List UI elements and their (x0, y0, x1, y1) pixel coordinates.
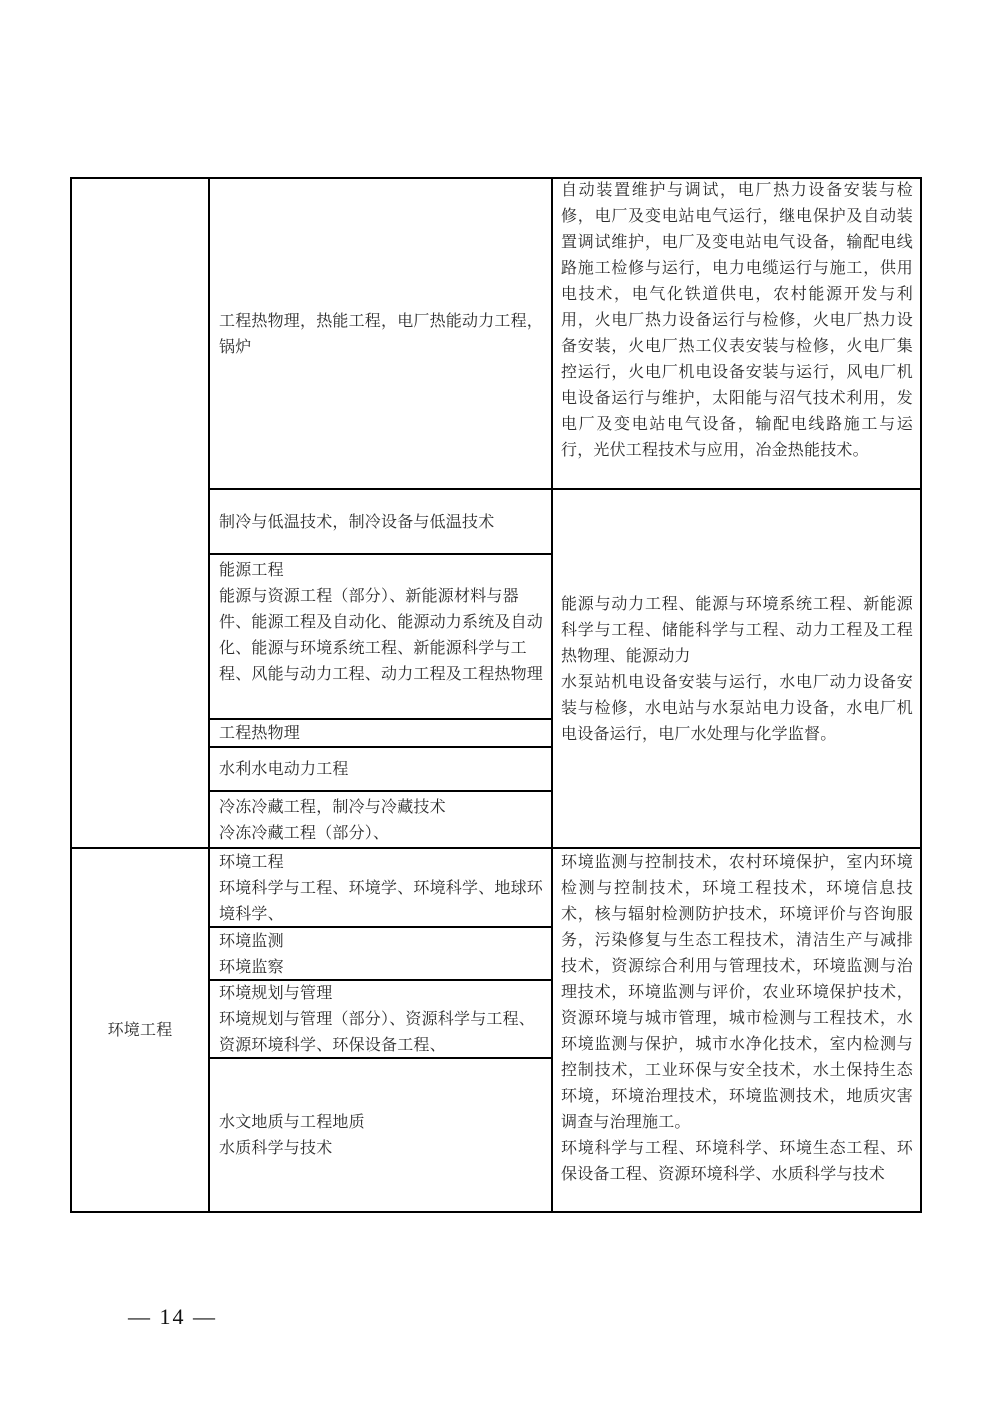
related-majors-text: 环境科学与工程、环境科学、环境生态工程、环保设备工程、资源环境科学、水质科学与技… (561, 1135, 913, 1187)
table-right-border (920, 177, 922, 1213)
page-number: — 14 — (128, 1304, 217, 1330)
major-title: 环境监测 (219, 928, 546, 954)
major-text: 水利水电动力工程 (219, 756, 546, 782)
major-cell: 环境规划与管理 环境规划与管理（部分）、资源科学与工程、资源环境科学、环保设备工… (212, 981, 550, 1057)
document-page: 工程热物理，热能工程，电厂热能动力工程，锅炉 自动装置维护与调试，电厂热力设备安… (0, 0, 993, 1404)
major-cell: 水利水电动力工程 (212, 748, 550, 790)
major-cell: 工程热物理 (212, 720, 550, 746)
major-cell: 环境监测 环境监察 (212, 928, 550, 979)
related-majors-cell: 能源与动力工程、能源与环境系统工程、新能源科学与工程、储能科学与工程、动力工程及… (555, 490, 919, 847)
major-cell: 水文地质与工程地质 水质科学与技术 (212, 1059, 550, 1211)
related-majors-cell: 环境监测与控制技术，农村环境保护，室内环境检测与控制技术，环境工程技术，环境信息… (555, 848, 919, 1212)
related-majors-text: 自动装置维护与调试，电厂热力设备安装与检修，电厂及变电站电气运行，继电保护及自动… (561, 177, 913, 463)
major-text: 冷冻冷藏工程，制冷与冷藏技术 (219, 794, 546, 820)
major-text: 工程热物理，热能工程，电厂热能动力工程，锅炉 (219, 308, 546, 360)
major-title: 环境规划与管理 (219, 980, 546, 1006)
major-text: 制冷与低温技术，制冷设备与低温技术 (219, 509, 546, 535)
major-text: 冷冻冷藏工程（部分）、 (219, 820, 546, 846)
major-cell: 制冷与低温技术，制冷设备与低温技术 (212, 490, 550, 553)
related-majors-cell: 自动装置维护与调试，电厂热力设备安装与检修，电厂及变电站电气运行，继电保护及自动… (555, 176, 919, 489)
category-label: 环境工程 (108, 1017, 173, 1043)
major-title: 环境工程 (219, 849, 546, 875)
related-majors-text: 能源与动力工程、能源与环境系统工程、新能源科学与工程、储能科学与工程、动力工程及… (561, 591, 913, 669)
major-cell: 工程热物理，热能工程，电厂热能动力工程，锅炉 (212, 179, 550, 488)
major-text: 环境规划与管理（部分）、资源科学与工程、资源环境科学、环保设备工程、 (219, 1006, 546, 1058)
major-cell: 环境工程 环境科学与工程、环境学、环境科学、地球环境科学、 (212, 849, 550, 926)
major-text: 工程热物理 (219, 720, 546, 746)
major-text: 能源与资源工程（部分）、新能源材料与器件、能源工程及自动化、能源动力系统及自动化… (219, 583, 546, 687)
major-text: 环境监察 (219, 954, 546, 980)
category-cell: 环境工程 (72, 849, 208, 1211)
related-majors-text: 水泵站机电设备安装与运行，水电厂动力设备安装与检修，水电站与水泵站电力设备，水电… (561, 669, 913, 747)
related-majors-text: 环境监测与控制技术，农村环境保护，室内环境检测与控制技术，环境工程技术，环境信息… (561, 849, 913, 1135)
major-cell: 能源工程 能源与资源工程（部分）、新能源材料与器件、能源工程及自动化、能源动力系… (212, 555, 550, 718)
major-title: 能源工程 (219, 557, 546, 583)
major-text: 水质科学与技术 (219, 1135, 546, 1161)
major-text: 环境科学与工程、环境学、环境科学、地球环境科学、 (219, 875, 546, 927)
major-cell: 冷冻冷藏工程，制冷与冷藏技术 冷冻冷藏工程（部分）、 (212, 792, 550, 847)
major-title: 水文地质与工程地质 (219, 1109, 546, 1135)
